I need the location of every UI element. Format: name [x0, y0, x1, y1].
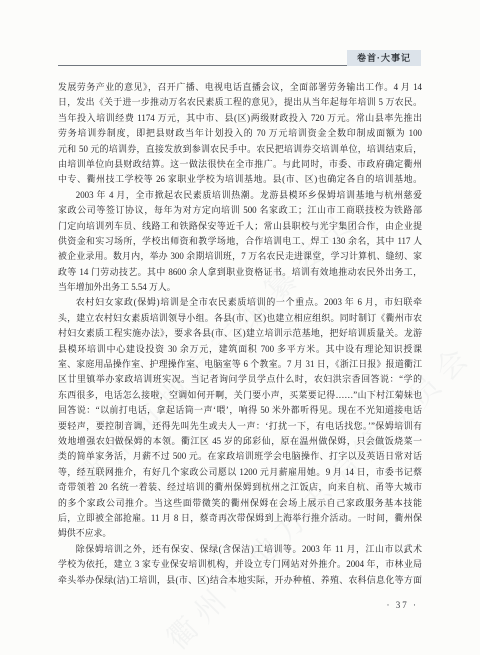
text-line: 当年投入培训经费 1174 万元，其中市、县(区)两级财政投入 720 万元。常… — [58, 111, 422, 126]
text-line: 中专、衢州技工学校等 26 家职业学校为培训基地。县(市、区)也确定各自的培训基… — [58, 172, 422, 187]
page-number: · 37 · — [387, 600, 419, 610]
text-line: 效地增强农妇做保姆的本领。衢江区 45 岁的邱彩仙，原在温州做保姆，只会做饭烧菜… — [58, 434, 422, 449]
text-line: 回答说：“以前打电话，拿起话筒一声‘喂’，响得 50 米外都听得见。现在不光知道… — [58, 403, 422, 418]
text-line: 等，经互联网推介，有好几个家政公司愿以 1200 元月薪雇用她。9 月 14 日… — [58, 465, 422, 480]
text-line: 当年增加外出务工 5.54 万人。 — [58, 280, 422, 295]
section-tab: 卷首·大事记 — [347, 50, 421, 66]
document-page: 衢州市地方志编纂委员会 衢州市地方志编纂委员会 卷首·大事记 发展劳务产业的意见… — [0, 0, 480, 655]
text-line: 东西很多，电话怎么接啦，空调如何开啊，关门要小声，买菜要记得……”山下村江菊妹也 — [58, 388, 422, 403]
text-line: 学校为依托，建立 3 家专业保安培训机构，并设立专门网站对外推介。2004 年，… — [58, 557, 422, 572]
text-line: 村妇女素质工程实施办法》，要求各县(市、区)建立培训示范基地，把好培训质量关。龙… — [58, 326, 422, 341]
text-line: 家政公司等签订协议，每年为对方定向培训 500 名家政工；江山市工商联技校为铁路… — [58, 203, 422, 218]
text-line: 牵头举办保绿(洁)工培训，县(市、区)结合本地实际，开办种植、养殖、农科信息化等… — [58, 573, 422, 588]
text-line: 姆供不应求。 — [58, 526, 422, 541]
text-line: 后，立即被全部抢雇。11 月 8 日，蔡奇再次带保姆到上海举行推介活动。一时间，… — [58, 511, 422, 526]
text-line: 头，建立农村妇女素质培训领导小组。各县(市、区)也建立相应组织。同时制订《衢州市… — [58, 311, 422, 326]
text-line: 县模环培训中心建设投资 30 余万元，建筑面积 700 多平方米。其中设有理论知… — [58, 342, 422, 357]
text-line: 元和 50 元的培训券，直接发放到参训农民手中。农民把培训券交培训单位，培训结束… — [58, 142, 422, 157]
text-line: 被企业录用。数月内，举办 300 余期培训班，7 万名农民走进课堂，学习计算机、… — [58, 249, 422, 264]
text-line: 的多个家政公司推介。当这些面带微笑的衢州保姆在会场上展示自己家政服务基本技能 — [58, 496, 422, 511]
text-line: 劳务培训券制度，即把县财政当年计划投入的 70 万元培训资金全数印制成面额为 1… — [58, 126, 422, 141]
text-line: 供资金和实习场所，学校出师资和教学场地，合作培训电工、焊工 130 余名，其中 … — [58, 234, 422, 249]
text-line: 农村妇女家政(保姆)培训是全市农民素质培训的一个重点。2003 年 6 月，市妇… — [58, 295, 422, 310]
text-line: 发展劳务产业的意见》，召开广播、电视电话直播会议，全面部署劳务输出工作。4 月 … — [58, 80, 422, 95]
text-line: 门定向培训列车员、线路工和铁路保安等近千人；常山县职校与光宇集团合作，由企业提 — [58, 219, 422, 234]
text-line: 类的简单家务活，月薪不过 500 元。在家政培训班学会电脑操作、打字以及英语日常… — [58, 449, 422, 464]
text-line: 日，发出《关于进一步推动万名农民素质工程的意见》，提出从当年起每年培训 5 万农… — [58, 95, 422, 110]
text-line: 区廿里镇举办家政培训班实况。当记者询问学员学点什么时，农妇洪宗香回答说：“学的 — [58, 372, 422, 387]
text-line: 奇带领着 20 名统一着装、经过培训的衢州保姆到杭州之江饭店，向来自杭、甬等大城… — [58, 480, 422, 495]
text-line: 要轻声，要控制音调，还得先叫先生或夫人一声：‘打扰一下，有电话找您。’”保姆培训… — [58, 419, 422, 434]
text-line: 除保姆培训之外，还有保安、保绿(含保洁)工培训等。2003 年 11 月，江山市… — [58, 542, 422, 557]
text-line: 由培训单位向县财政结算。这一做法很快在全市推广。与此同时，市委、市政府确定衢州 — [58, 157, 422, 172]
body-text: 发展劳务产业的意见》，召开广播、电视电话直播会议，全面部署劳务输出工作。4 月 … — [58, 80, 422, 588]
text-line: 室、家庭用品操作室、护理操作室、电脑室等 6 个教室。7 月 31 日，《浙江日… — [58, 357, 422, 372]
text-line: 2003 年 4 月，全市掀起农民素质培训热潮。龙游县模环乡保姆培训基地与杭州慈… — [58, 188, 422, 203]
text-line: 政等 14 门劳动技艺。其中 8600 余人拿到职业资格证书。培训有效地推动农民… — [58, 265, 422, 280]
